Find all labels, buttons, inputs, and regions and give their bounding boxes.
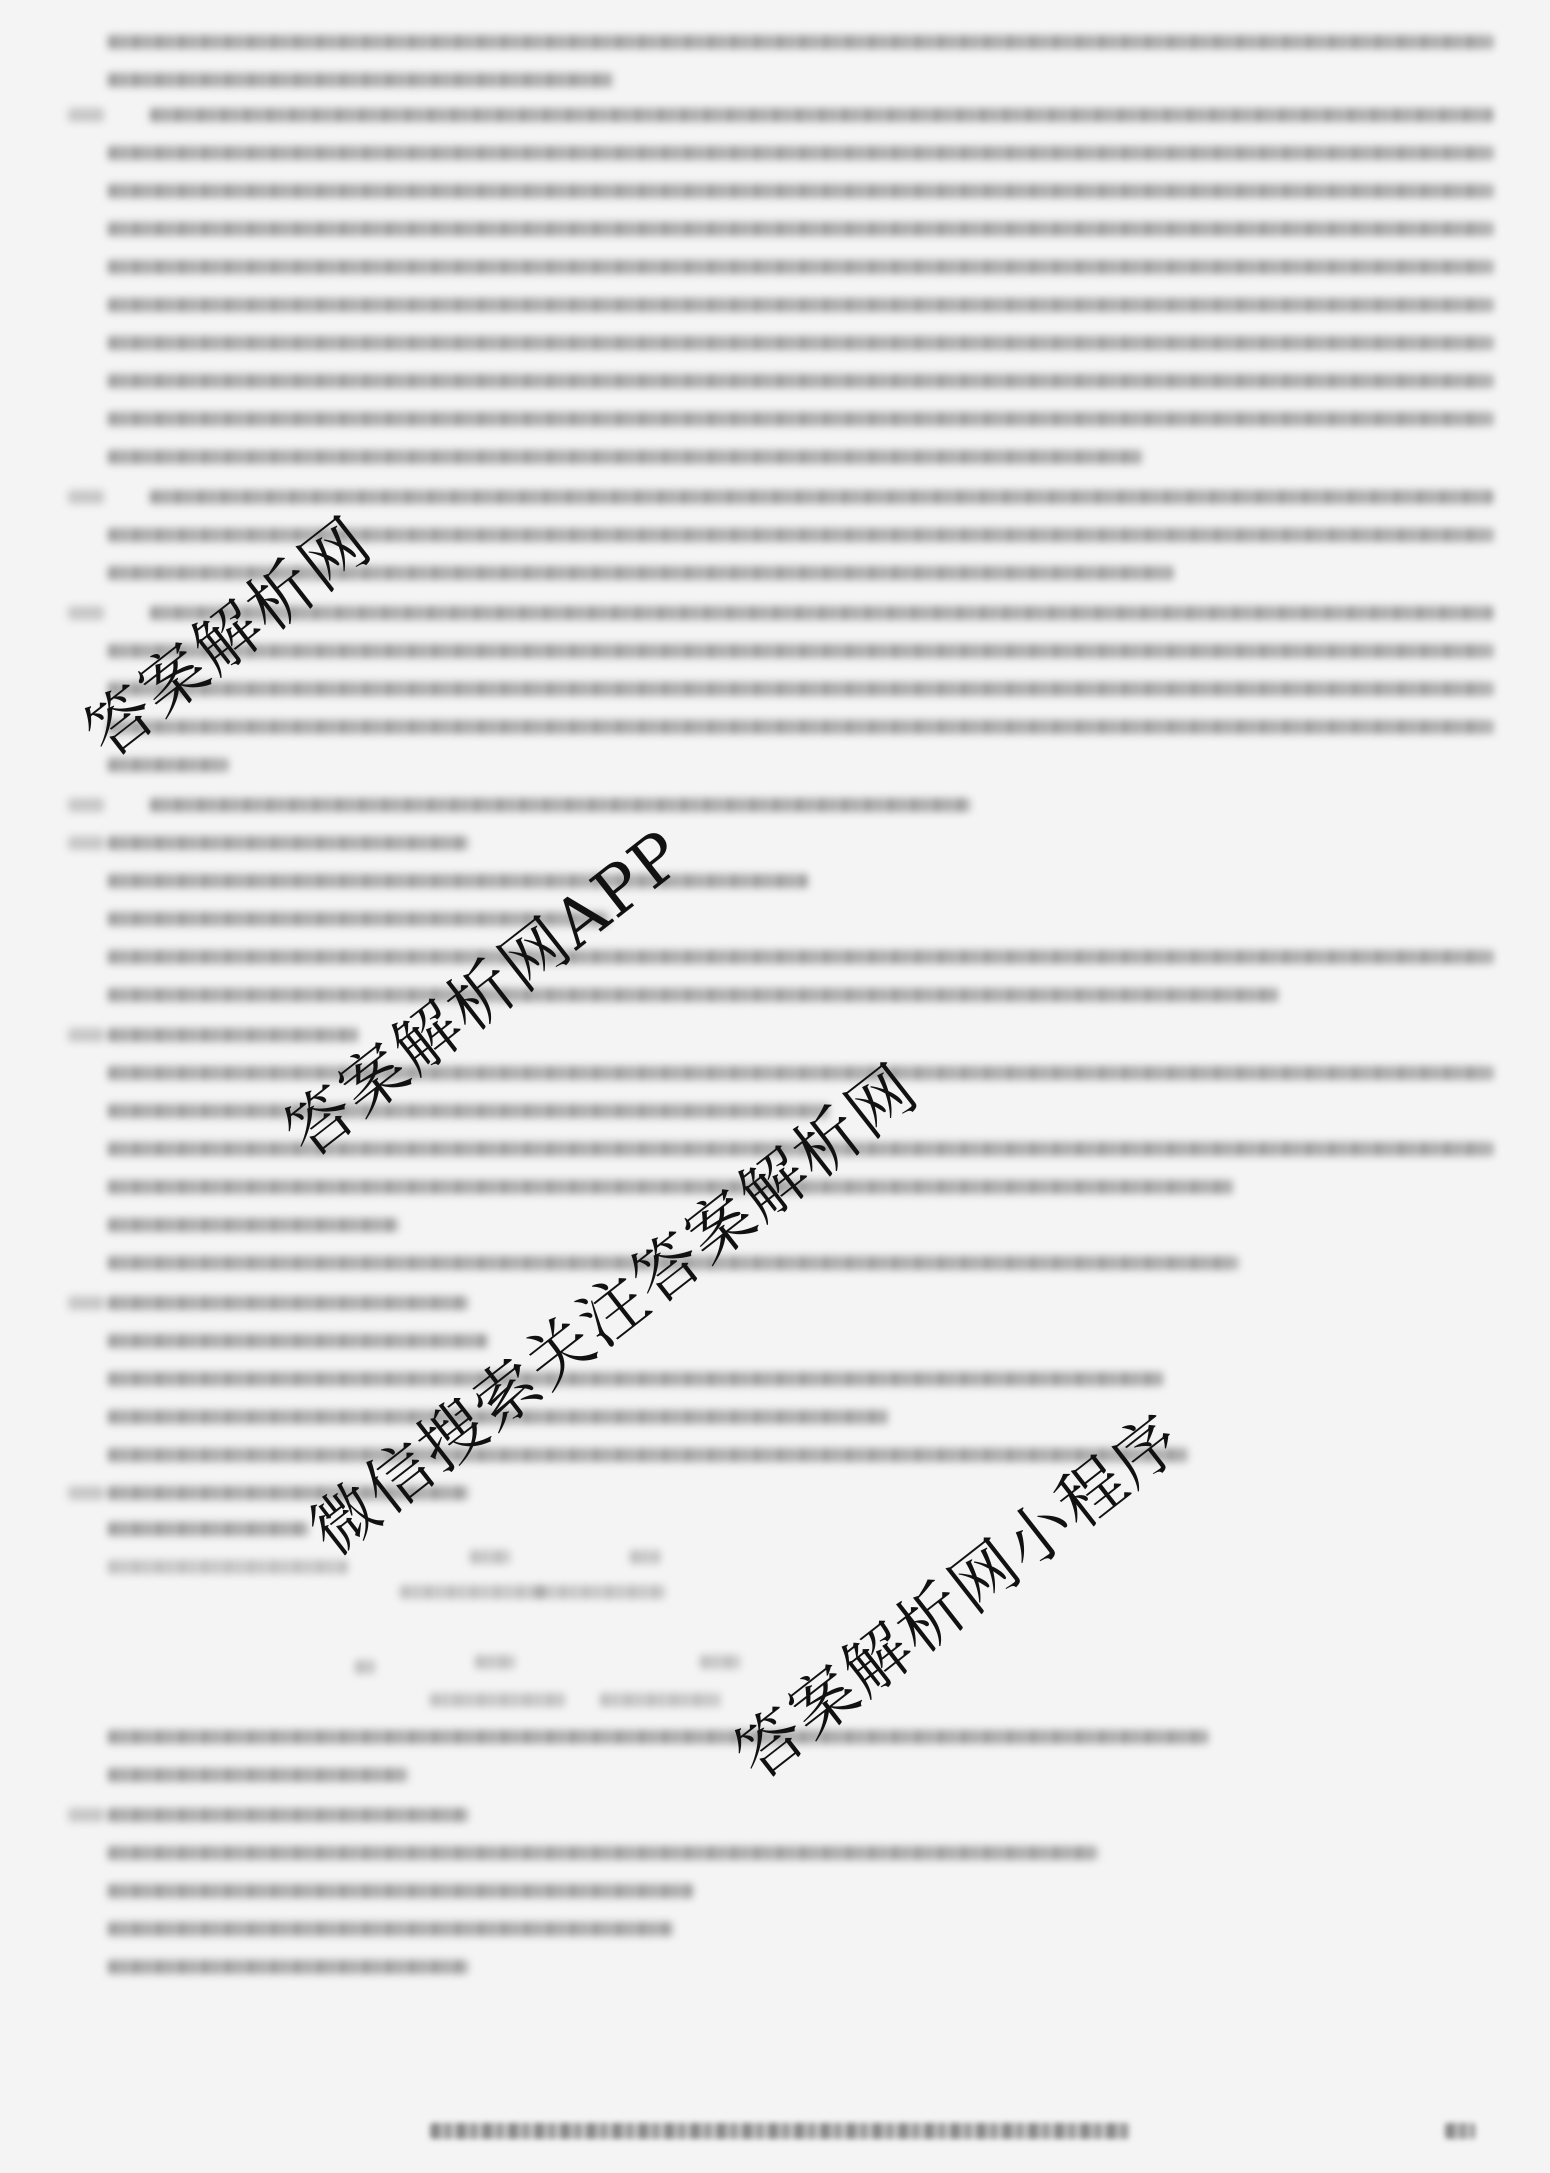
footer-page-number	[1445, 2123, 1475, 2139]
footer-page-label	[430, 2123, 1130, 2139]
blurred-body-text	[0, 0, 1550, 2173]
document-page: 答案解析网 答案解析网APP 微信搜索关注答案解析网 答案解析网小程序	[0, 0, 1550, 2173]
